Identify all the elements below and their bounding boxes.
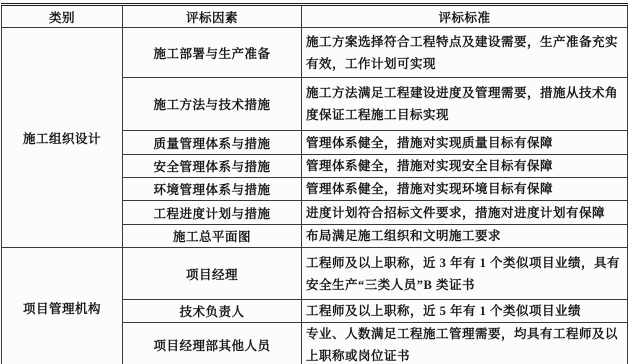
criteria-cell: 工程师及以上职称，近 5 年有 1 个类似项目业绩 (302, 300, 628, 323)
criteria-cell: 管理体系健全，措施对实现环境目标有保障 (302, 178, 628, 201)
table-row: 项目管理机构 项目经理 工程师及以上职称，近 3 年有 1 个类似项目业绩，具有… (2, 248, 628, 300)
factor-cell: 施工部署与生产准备 (123, 28, 302, 78)
criteria-cell: 布局满足施工组织和文明施工要求 (302, 225, 628, 248)
factor-cell: 项目经理 (123, 248, 302, 300)
category-cell-construction-org-design: 施工组织设计 (2, 28, 123, 248)
factor-cell: 施工方法与技术措施 (123, 78, 302, 131)
criteria-cell: 进度计划符合招标文件要求，措施对进度计划有保障 (302, 201, 628, 225)
column-header-criteria: 评标标准 (302, 5, 628, 28)
bid-evaluation-table: 类别 评标因素 评标标准 施工组织设计 施工部署与生产准备 施工方案选择符合工程… (1, 3, 628, 364)
table-row: 施工组织设计 施工部署与生产准备 施工方案选择符合工程特点及建设需要，生产准备充… (2, 28, 628, 78)
factor-cell: 项目经理部其他人员 (123, 323, 302, 364)
factor-cell: 技术负责人 (123, 300, 302, 323)
category-cell-project-management-org: 项目管理机构 (2, 248, 123, 364)
header-row: 类别 评标因素 评标标准 (2, 5, 628, 28)
factor-cell: 安全管理体系与措施 (123, 155, 302, 178)
criteria-cell: 管理体系健全，措施对实现质量目标有保障 (302, 131, 628, 155)
factor-cell: 环境管理体系与措施 (123, 178, 302, 201)
criteria-cell: 管理体系健全，措施对实现安全目标有保障 (302, 155, 628, 178)
factor-cell: 质量管理体系与措施 (123, 131, 302, 155)
column-header-category: 类别 (2, 5, 123, 28)
criteria-cell: 施工方法满足工程建设进度及管理需要，措施从技术角度保证工程施工目标实现 (302, 78, 628, 131)
document-page: 类别 评标因素 评标标准 施工组织设计 施工部署与生产准备 施工方案选择符合工程… (1, 3, 627, 362)
criteria-cell: 工程师及以上职称，近 3 年有 1 个类似项目业绩，具有安全生产“三类人员”B … (302, 248, 628, 300)
criteria-cell: 施工方案选择符合工程特点及建设需要，生产准备充实有效，工作计划可实现 (302, 28, 628, 78)
column-header-factor: 评标因素 (123, 5, 302, 28)
criteria-cell: 专业、人数满足工程施工管理需要，均具有工程师及以上职称或岗位证书 (302, 323, 628, 364)
factor-cell: 工程进度计划与措施 (123, 201, 302, 225)
factor-cell: 施工总平面图 (123, 225, 302, 248)
